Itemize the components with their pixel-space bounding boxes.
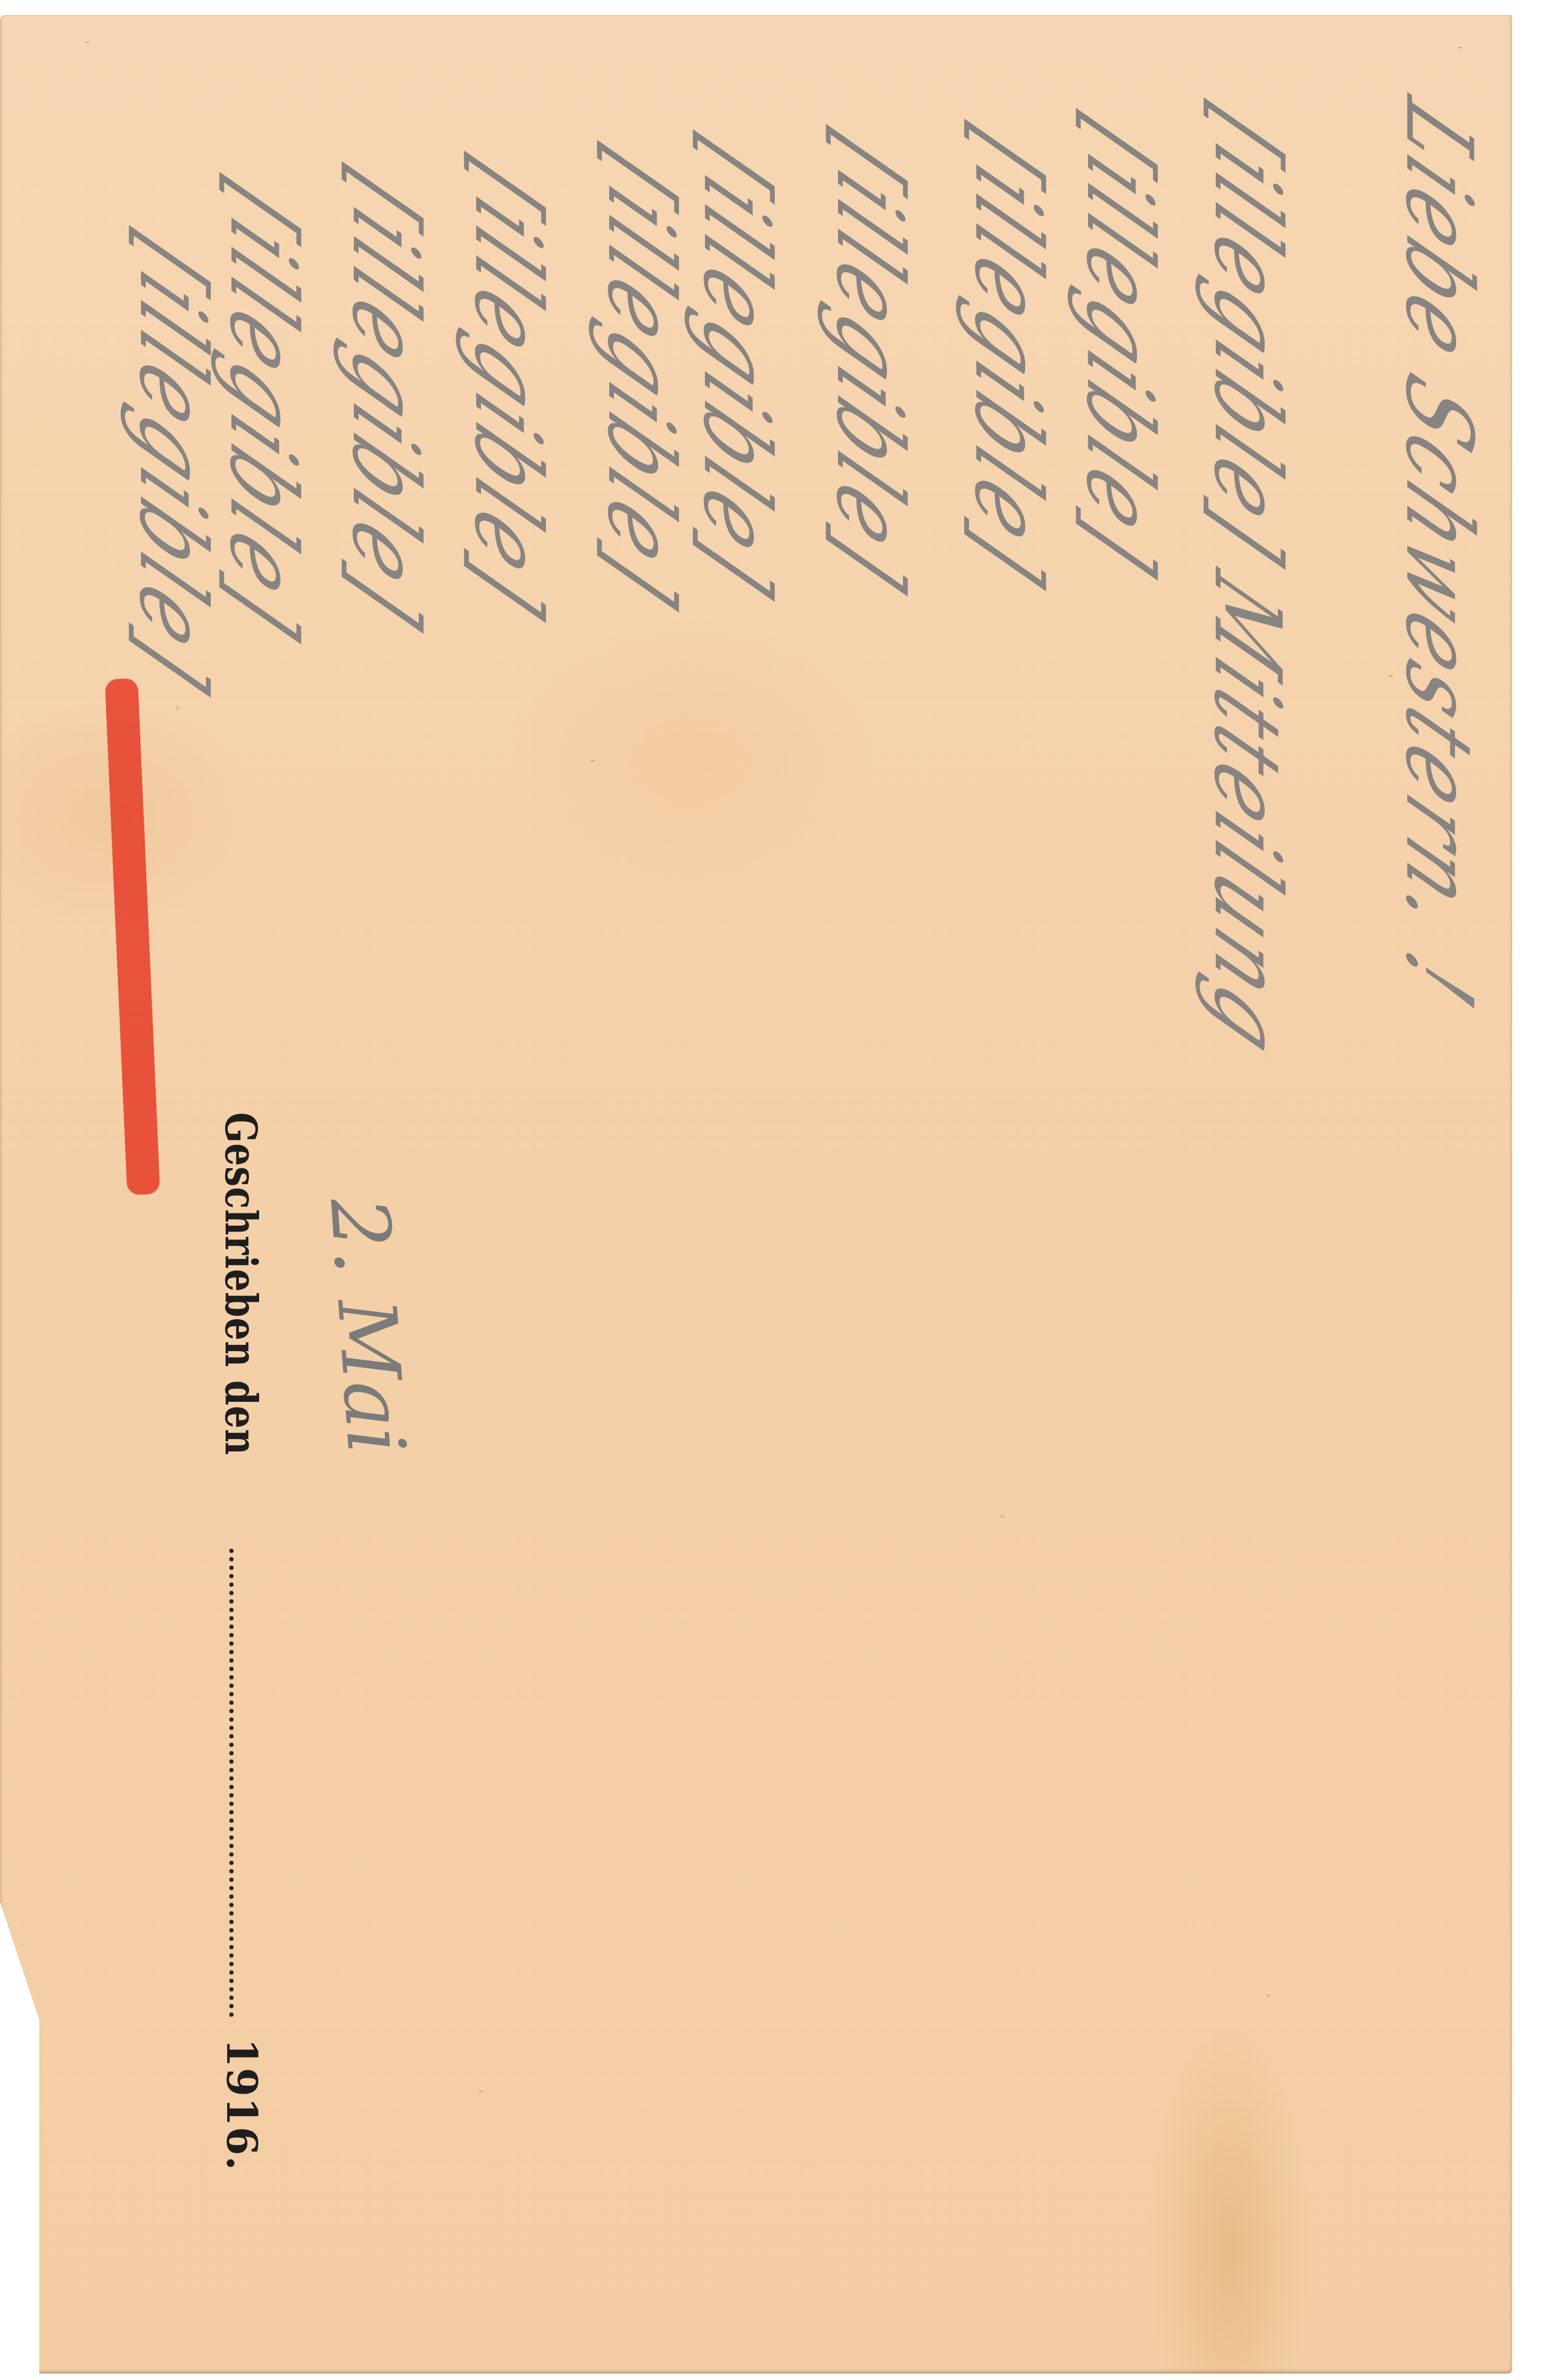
handwritten-line: [illegible] bbox=[339, 160, 431, 642]
handwritten-line: [illegible] bbox=[594, 138, 686, 621]
handwritten-line: [illegible] bbox=[823, 122, 915, 605]
printed-year: 1916. bbox=[217, 2038, 265, 2171]
handwritten-date: 2. Mai bbox=[312, 1195, 422, 1457]
card-text-layer: Geschrieben den 1916. 2. Mai Liebe Schwe… bbox=[0, 0, 1552, 2380]
handwritten-line: [illegible] bbox=[461, 149, 553, 631]
handwritten-line: [illegible] bbox=[1073, 106, 1165, 589]
printed-date-field: Geschrieben den 1916. bbox=[211, 1112, 270, 1531]
printed-label: Geschrieben den bbox=[215, 1112, 266, 1456]
handwritten-line: [illegible] bbox=[126, 224, 218, 706]
handwritten-line: [illegible] Mitteilung bbox=[1201, 96, 1293, 1074]
handwritten-line: [illegible] bbox=[217, 170, 309, 652]
date-dotted-line bbox=[229, 1549, 234, 2017]
handwritten-line: Liebe Schwestern. ! bbox=[1392, 85, 1484, 1023]
handwritten-line: [illegible] bbox=[961, 117, 1053, 599]
handwritten-line: [illegible] bbox=[690, 128, 782, 610]
